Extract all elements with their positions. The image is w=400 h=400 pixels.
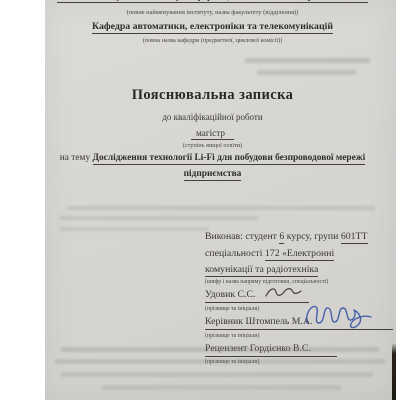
- document-page: Навчально-науковий інститут інформаційни…: [45, 0, 396, 400]
- student-name: Удовик С.С.: [205, 289, 256, 300]
- specialty-caption: (шифр і назва напряму підготовки, спеціа…: [205, 279, 328, 285]
- supervisor-name: Керівник Штомпель М.А.: [205, 316, 312, 327]
- specialty-line-2: комунікації та радіотехніка: [205, 264, 318, 275]
- bleed-through-smudge: [67, 206, 375, 210]
- topic-prefix: на тему: [60, 153, 93, 163]
- bleed-through-smudge: [59, 227, 209, 231]
- bleed-through-smudge: [59, 216, 259, 220]
- bleed-through-smudge: [61, 372, 373, 377]
- student-caption: (прізвище та ініціали): [205, 306, 259, 312]
- group-value: 601ТТ: [341, 231, 368, 244]
- bleed-through-smudge: [101, 385, 341, 390]
- specialty-value-2: комунікації та радіотехніка: [205, 264, 318, 277]
- performer-mid: курсу, групи: [284, 231, 341, 242]
- specialty-value-1: 172 «Електронні: [265, 248, 334, 261]
- performer-line: Виконав: студент 6 курсу, групи 601ТТ: [205, 231, 368, 242]
- specialty-line-1: спеціальності 172 «Електронні: [205, 248, 334, 259]
- student-name-row: Удовик С.С.: [205, 289, 309, 303]
- page-edge-shadow: [392, 343, 396, 400]
- bleed-through-smudge: [55, 359, 385, 364]
- bleed-through-smudge: [257, 70, 357, 75]
- supervisor-row: Керівник Штомпель М.А.: [205, 316, 393, 330]
- specialty-prefix: спеціальності: [205, 248, 265, 259]
- bleed-through-smudge: [245, 58, 370, 63]
- bleed-through-smudge: [61, 347, 379, 352]
- supervisor-caption: (прізвище та ініціали): [205, 333, 259, 339]
- performer-prefix: Виконав: студент: [205, 231, 279, 242]
